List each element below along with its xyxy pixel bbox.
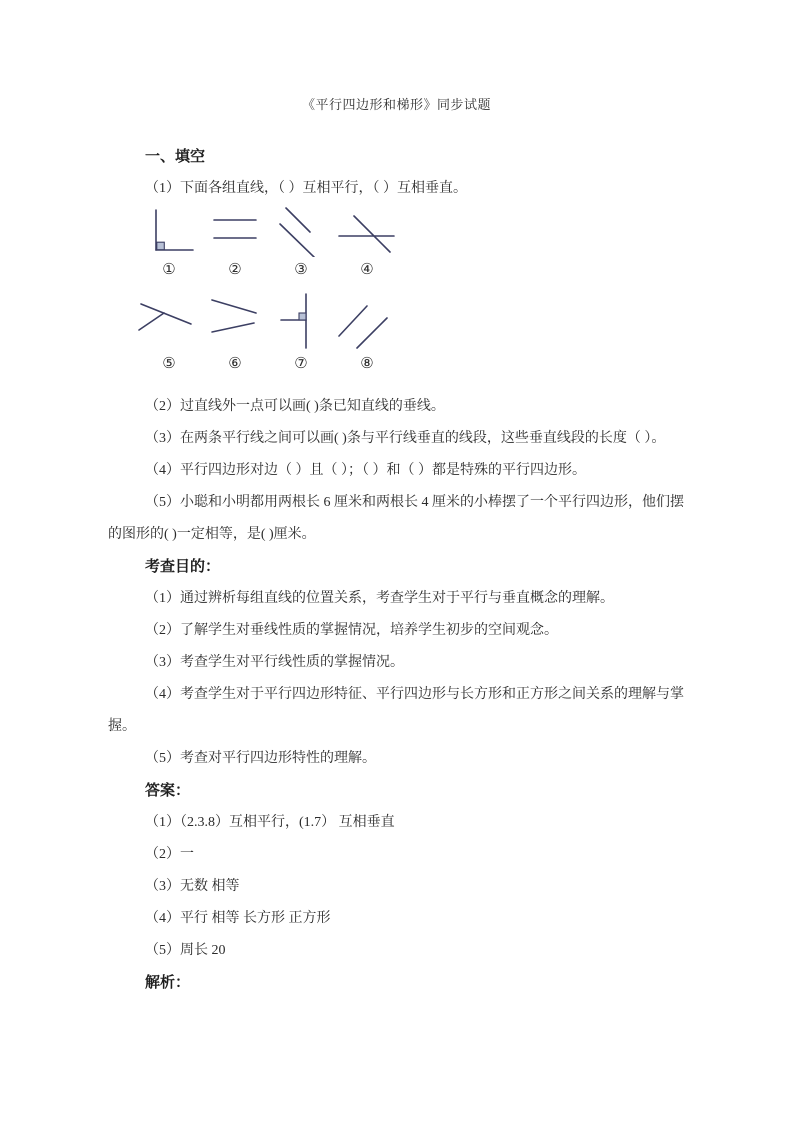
purpose-item-4: （4）考查学生对于平行四边形特征、平行四边形与长方形和正方形之间关系的理解与掌握…	[108, 679, 693, 743]
figure-row-2: ⑤ ⑥ ⑦	[136, 291, 693, 375]
figure-4-label: ④	[360, 259, 373, 281]
figure-8-label: ⑧	[360, 353, 373, 375]
diagonal-parallel-lines-up-figure	[334, 291, 400, 351]
figure-1: ①	[136, 205, 202, 281]
figure-7: ⑦	[268, 291, 334, 375]
figure-2-label: ②	[228, 259, 241, 281]
purpose-item-1: （1）通过辨析每组直线的位置关系，考查学生对于平行与垂直概念的理解。	[108, 583, 693, 615]
figure-5: ⑤	[136, 291, 202, 375]
non-parallel-lines-figure	[202, 291, 268, 351]
figure-2: ②	[202, 205, 268, 281]
section-heading-answers: 答案：	[108, 775, 693, 807]
slanted-meeting-lines-figure	[136, 291, 202, 351]
section-heading-purpose: 考查目的：	[108, 551, 693, 583]
figure-5-label: ⑤	[162, 353, 175, 375]
question-4: （4）平行四边形对边（ ）且（ ）；（ ）和（ ）都是特殊的平行四边形。	[108, 455, 693, 487]
figure-6-label: ⑥	[228, 353, 241, 375]
purpose-item-3: （3）考查学生对平行线性质的掌握情况。	[108, 647, 693, 679]
section-heading-analysis: 解析：	[108, 967, 693, 999]
answer-item-3: （3）无数 相等	[108, 871, 693, 903]
answer-item-2: （2）一	[108, 839, 693, 871]
figure-7-label: ⑦	[294, 353, 307, 375]
answer-item-5: （5）周长 20	[108, 935, 693, 967]
diagonal-parallel-lines-figure	[268, 205, 334, 257]
answer-item-1: （1）（2.3.8）互相平行，(1.7） 互相垂直	[108, 807, 693, 839]
figure-1-label: ①	[162, 259, 175, 281]
perpendicular-corner-figure	[136, 205, 202, 257]
right-angle-mark	[299, 313, 306, 320]
question-1: （1）下面各组直线，（ ）互相平行，（ ）互相垂直。	[108, 173, 693, 205]
perpendicular-t-figure	[268, 291, 334, 351]
question-5: （5）小聪和小明都用两根长 6 厘米和两根长 4 厘米的小棒摆了一个平行四边形，…	[108, 487, 693, 551]
figure-3-label: ③	[294, 259, 307, 281]
figure-row-1: ① ② ③ ④	[136, 205, 693, 281]
question-2: （2）过直线外一点可以画( )条已知直线的垂线。	[108, 391, 693, 423]
worksheet-page: 《平行四边形和梯形》同步试题 一、填空 （1）下面各组直线，（ ）互相平行，（ …	[0, 0, 793, 1122]
page-title: 《平行四边形和梯形》同步试题	[0, 97, 793, 113]
purpose-item-2: （2）了解学生对垂线性质的掌握情况，培养学生初步的空间观念。	[108, 615, 693, 647]
figure-3: ③	[268, 205, 334, 281]
purpose-item-5: （5）考查对平行四边形特性的理解。	[108, 743, 693, 775]
figure-4: ④	[334, 205, 400, 281]
section-heading-fill-in: 一、填空	[108, 141, 693, 173]
figure-8: ⑧	[334, 291, 400, 375]
question-3: （3）在两条平行线之间可以画( )条与平行线垂直的线段，这些垂直线段的长度（ ）…	[108, 423, 693, 455]
answer-item-4: （4）平行 相等 长方形 正方形	[108, 903, 693, 935]
intersecting-lines-figure	[334, 205, 400, 257]
horizontal-parallel-lines-figure	[202, 205, 268, 257]
figure-6: ⑥	[202, 291, 268, 375]
right-angle-mark	[157, 242, 165, 250]
document-body: 一、填空 （1）下面各组直线，（ ）互相平行，（ ）互相垂直。 ① ②	[108, 141, 693, 999]
